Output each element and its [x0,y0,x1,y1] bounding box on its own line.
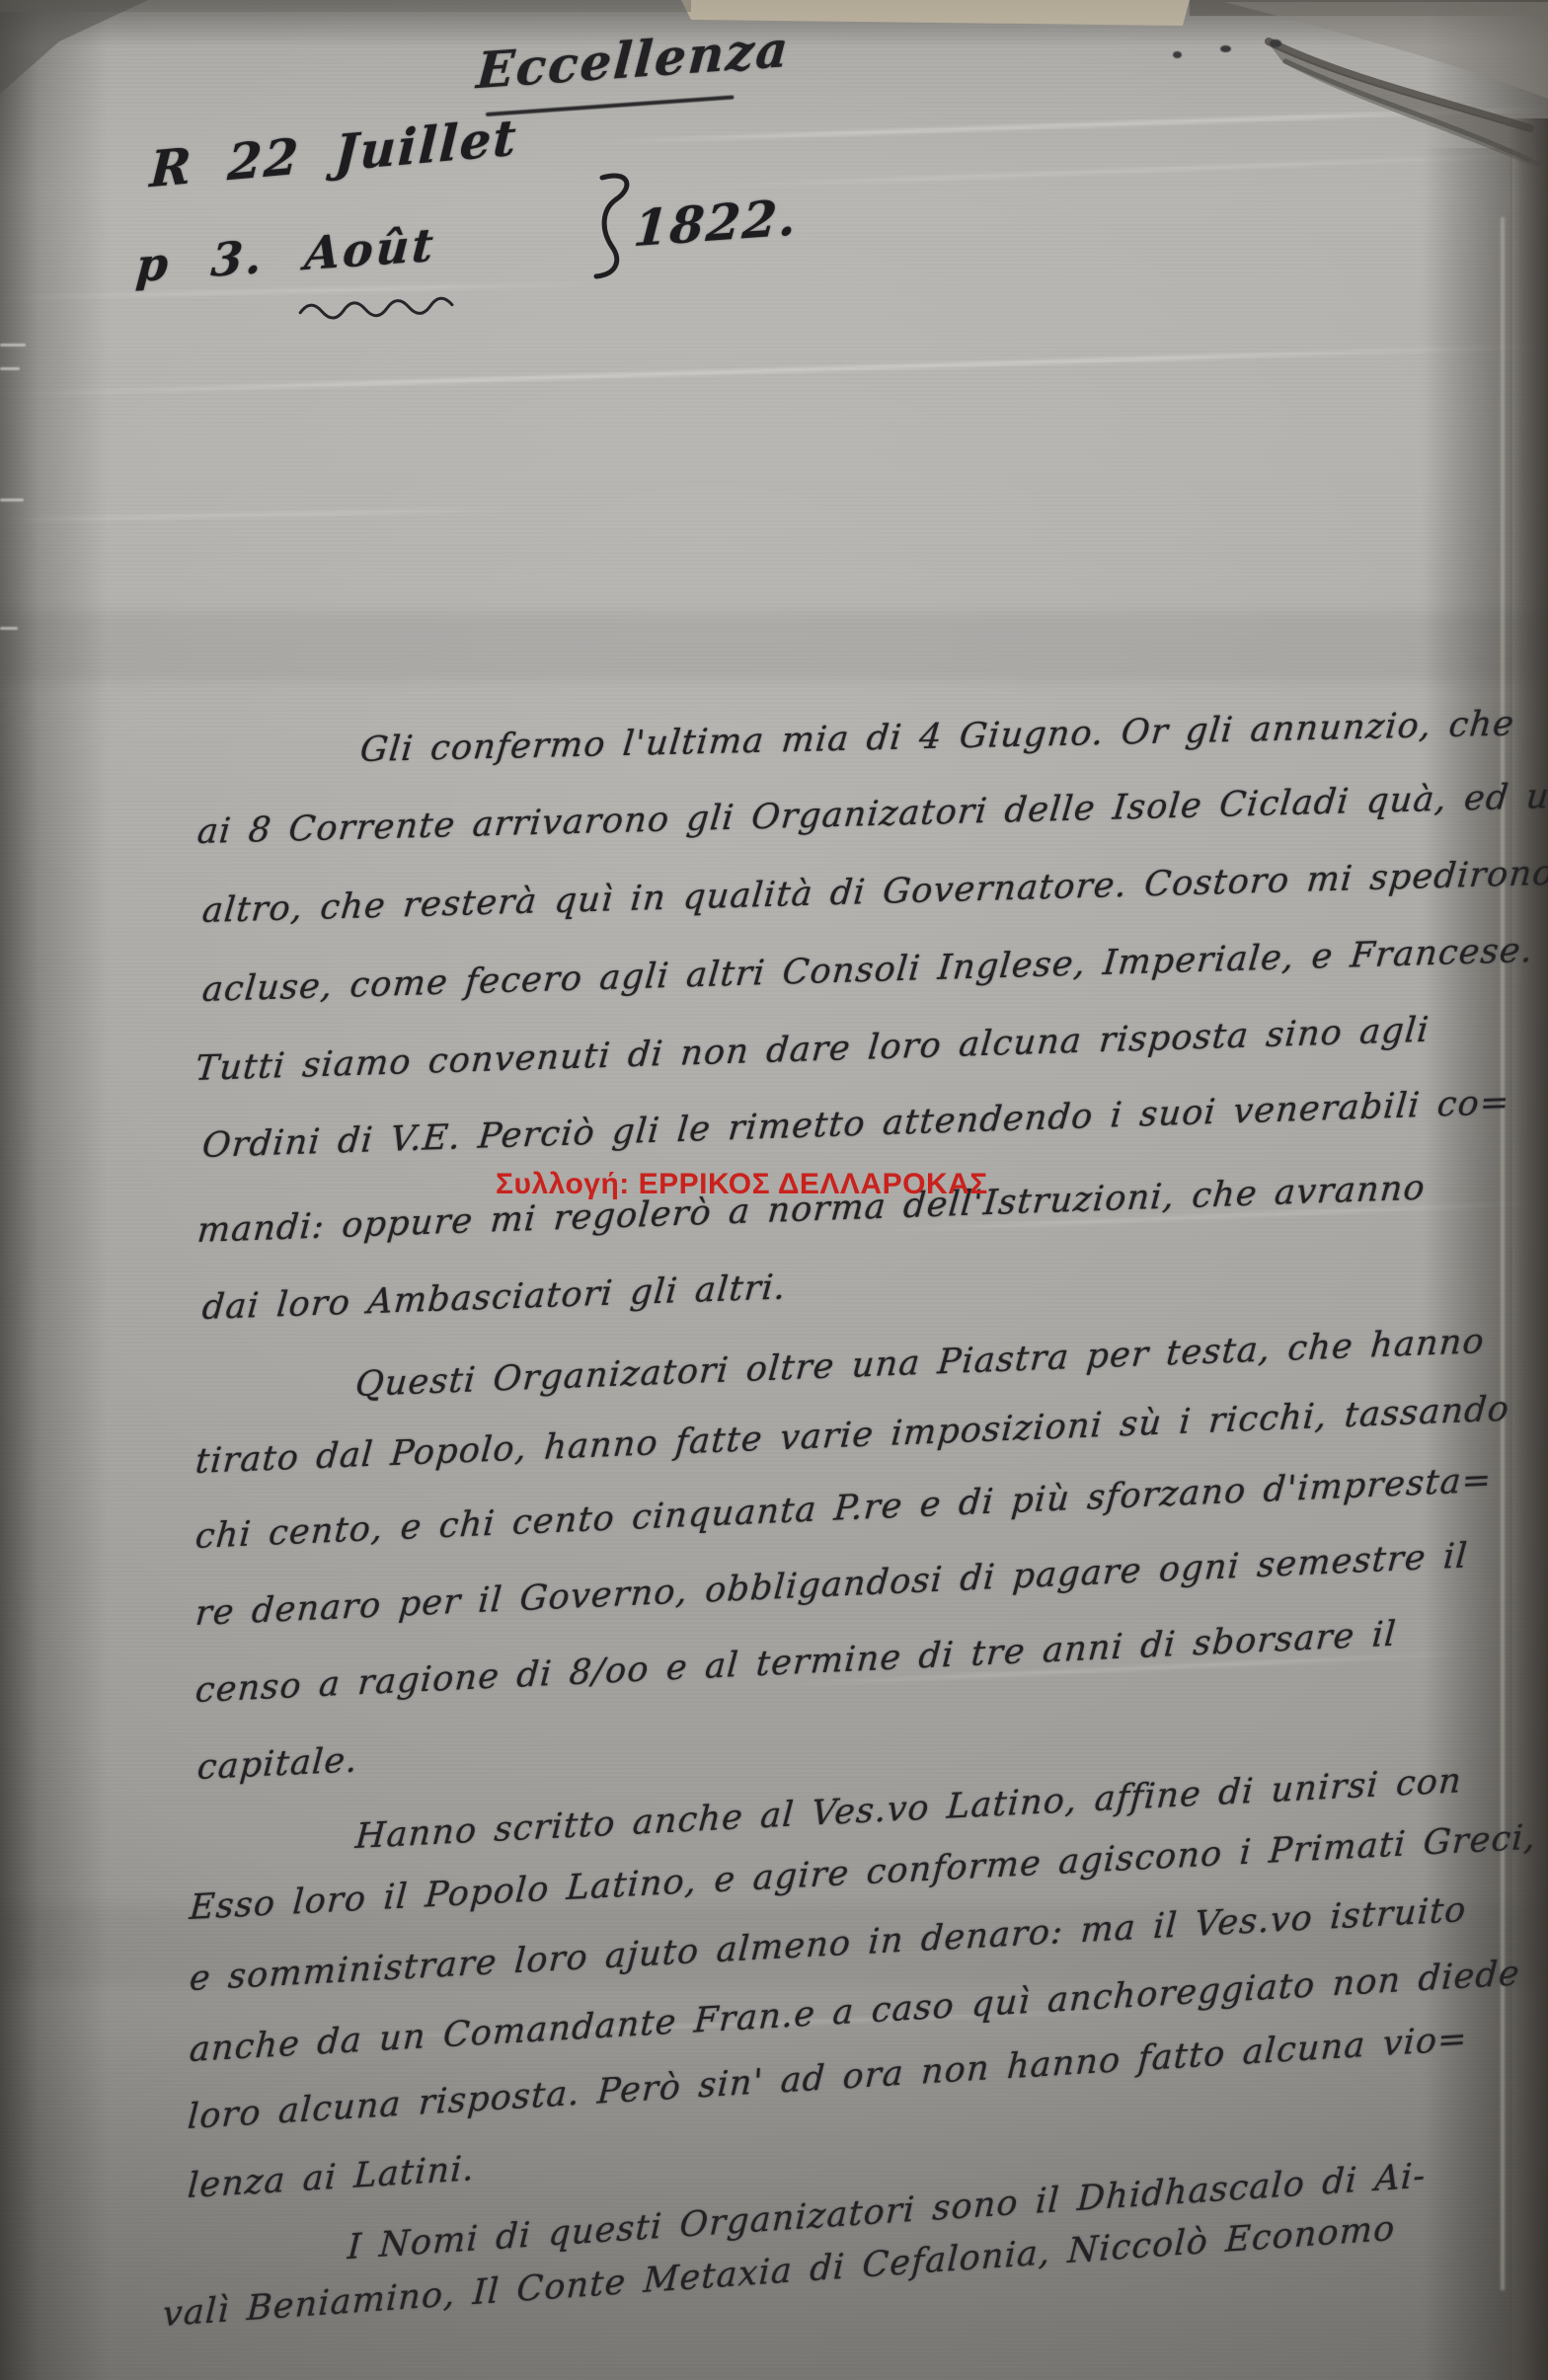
page-edge-mark [0,344,26,346]
paper-shadow-band [0,612,1548,681]
letter-line: acluse, come fecero agli altri Consoli I… [200,926,1536,1015]
letter-line: Gli confermo l'ultima mia di 4 Giugno. O… [357,699,1516,775]
page-edge-mark [0,627,18,630]
ink-spot [1220,45,1231,52]
letter-line: capitale. [195,1735,359,1793]
docket-year: 1822. [632,188,800,258]
letter-line: Tutti siamo convenuti di non dare loro a… [193,1006,1432,1094]
letter-line: lenza ai Latini. [186,2144,476,2211]
letter-line: dai loro Ambasciatori gli altri. [200,1263,789,1333]
letter-line: Ordini di V.E. Perciò gli le rimetto att… [200,1078,1512,1171]
page-edge-mark [0,367,20,370]
page-edge-mark [0,499,24,501]
page-right-edge [1509,118,1548,2380]
paper-crease [0,507,513,522]
paper-crease [0,345,1547,397]
letter-line: ai 8 Corrente arrivarono gli Organizator… [195,771,1548,857]
ink-spot [1173,51,1182,58]
document-photo: Eccellenza R 22 Juillet 1822. p 3. Août … [0,0,1548,2380]
ink-spot [1270,39,1281,47]
letter-line: altro, che resterà quì in qualità di Gov… [200,847,1548,936]
collection-watermark: Συλλογή: ΕΡΡΙΚΟΣ ΔΕΛΛΑΡΟΚΑΣ [496,1168,988,1201]
